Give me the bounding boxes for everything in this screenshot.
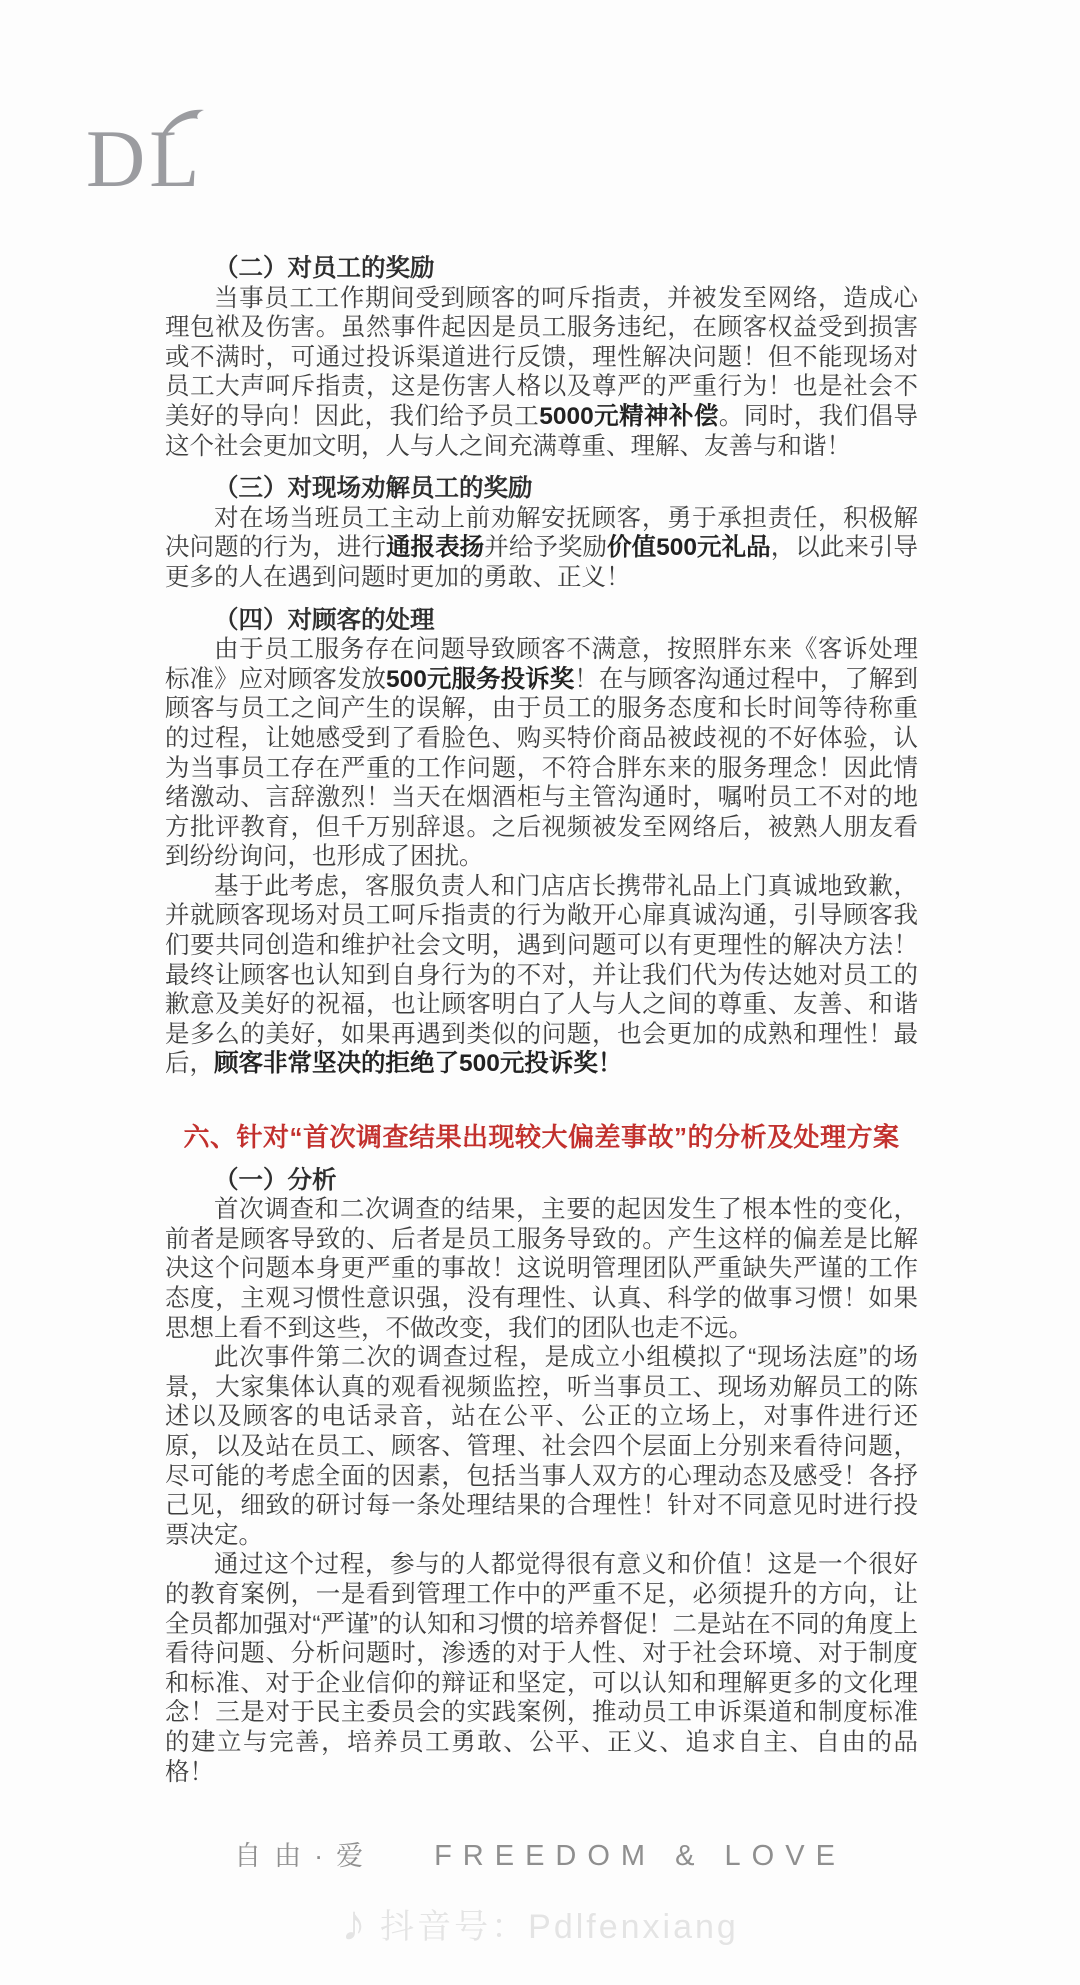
footer: 自由·爱 FREEDOM & LOVE — [0, 1834, 1080, 1873]
bold-text: 价值500元礼品 — [607, 534, 771, 561]
body-text: 首次调查和二次调查的结果，主要的起因发生了根本性的变化，前者是顾客导致的、后者是… — [165, 1196, 918, 1341]
paragraph: 此次事件第二次的调查过程，是成立小组模拟了“现场法庭”的场景，大家集体认真的观看… — [165, 1343, 918, 1550]
douyin-note-icon: ♪ — [341, 1898, 366, 1948]
body-text: 基于此考虑，客服负责人和门店店长携带礼品上门真诚地致歉，并就顾客现场对员工呵斥指… — [165, 873, 918, 1078]
section: （二）对员工的奖励当事员工工作期间受到顾客的呵斥指责，并被发至网络，造成心理包袱… — [165, 254, 918, 461]
section: 六、针对“首次调查结果出现较大偏差事故”的分析及处理方案 — [165, 1123, 918, 1153]
watermark-text: 抖音号：Pdlfenxiang — [380, 1899, 739, 1948]
paragraph: 由于员工服务存在问题导致顾客不满意，按照胖东来《客诉处理标准》应对顾客发放500… — [165, 635, 918, 872]
bold-text: 500元服务投诉奖 — [386, 666, 574, 693]
body-text: 通过这个过程，参与的人都觉得很有意义和价值！这是一个很好的教育案例，一是看到管理… — [165, 1551, 918, 1785]
document-page: DL （二）对员工的奖励当事员工工作期间受到顾客的呵斥指责，并被发至网络，造成心… — [0, 0, 1080, 1985]
douyin-watermark: ♪ 抖音号：Pdlfenxiang — [0, 1898, 1080, 1948]
section: （四）对顾客的处理由于员工服务存在问题导致顾客不满意，按照胖东来《客诉处理标准》… — [165, 606, 918, 1080]
footer-slogan-en: FREEDOM & LOVE — [434, 1840, 846, 1873]
document-body: （二）对员工的奖励当事员工工作期间受到顾客的呵斥指责，并被发至网络，造成心理包袱… — [165, 254, 918, 1787]
section-heading: （二）对员工的奖励 — [165, 254, 918, 284]
section: （三）对现场劝解员工的奖励对在场当班员工主动上前劝解安抚顾客，勇于承担责任，积极… — [165, 474, 918, 592]
body-text: 并给予奖励 — [484, 534, 607, 561]
section-heading-red: 六、针对“首次调查结果出现较大偏差事故”的分析及处理方案 — [165, 1123, 918, 1153]
paragraph: 通过这个过程，参与的人都觉得很有意义和价值！这是一个很好的教育案例，一是看到管理… — [165, 1550, 918, 1787]
bold-text: 5000元精神补偿 — [539, 403, 719, 430]
section: （一）分析首次调查和二次调查的结果，主要的起因发生了根本性的变化，前者是顾客导致… — [165, 1166, 918, 1787]
dl-logo: DL — [86, 118, 203, 200]
footer-slogan-cn: 自由·爱 — [234, 1834, 376, 1873]
paragraph: 基于此考虑，客服负责人和门店店长携带礼品上门真诚地致歉，并就顾客现场对员工呵斥指… — [165, 872, 918, 1079]
section-heading: （四）对顾客的处理 — [165, 606, 918, 636]
section-heading: （三）对现场劝解员工的奖励 — [165, 474, 918, 504]
paragraph: 首次调查和二次调查的结果，主要的起因发生了根本性的变化，前者是顾客导致的、后者是… — [165, 1195, 918, 1343]
body-text: ！在与顾客沟通过程中，了解到顾客与员工之间产生的误解，由于员工的服务态度和长时间… — [165, 666, 918, 871]
logo-accent-swoosh — [158, 104, 210, 142]
bold-text: 通报表扬 — [386, 534, 484, 561]
bold-text: 顾客非常坚决的拒绝了500元投诉奖！ — [214, 1050, 622, 1077]
section-heading: （一）分析 — [165, 1166, 918, 1196]
body-text: 此次事件第二次的调查过程，是成立小组模拟了“现场法庭”的场景，大家集体认真的观看… — [165, 1344, 918, 1549]
paragraph: 当事员工工作期间受到顾客的呵斥指责，并被发至网络，造成心理包袱及伤害。虽然事件起… — [165, 284, 918, 462]
paragraph: 对在场当班员工主动上前劝解安抚顾客，勇于承担责任，积极解决问题的行为，进行通报表… — [165, 504, 918, 593]
